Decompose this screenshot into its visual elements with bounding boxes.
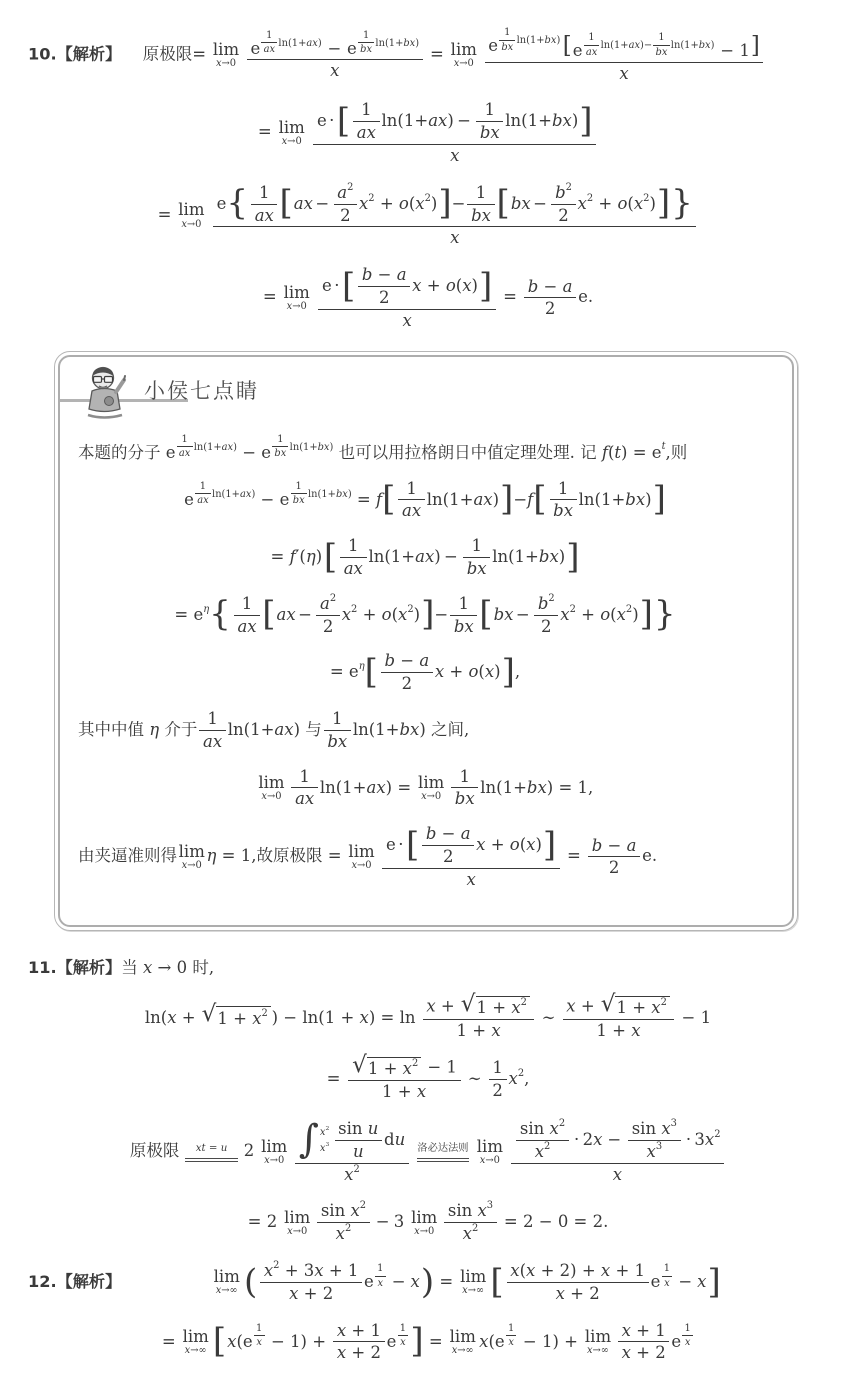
solution-label: 12.【解析】 [28,1272,121,1291]
tip-box: 小侯七点睛 本题的分子 e1axln(1+ax) − e1bxln(1+bx) … [54,351,798,931]
equation-row: = limx→0e{1ax[ax−a22x2 + o(x2)]−1bx[bx−b… [28,183,828,248]
problem-12-solution: 12.【解析】limx→∞(x2 + 3x + 1x + 2e1x−x) = l… [28,1261,828,1363]
tip-body: 本题的分子 e1axln(1+ax) − e1bxln(1+bx) 也可以用拉格… [78,434,772,890]
problem-10-solution: 10.【解析】原极限= limx→0e1axln(1+ax)−e1bxln(1+… [28,27,828,331]
equation-row: 原极限xt = u2 limx→0∫x2x3sin uudux2洛必达法则lim… [28,1119,828,1184]
mascot-icon [80,365,130,425]
equation-row: = 2 limx→0sin x2x2−3 limx→0sin x3x2 = 2 … [28,1201,828,1244]
equation-row: = f′(η)[1axln(1+ax)−1bxln(1+bx)] [78,536,772,579]
equation-row: limx→01axln(1+ax) = limx→01bxln(1+bx) = … [78,767,772,810]
solution-label: 11.【解析】 [28,958,121,977]
equation-row: ln(x + √1 + x2) − ln(1 + x) = ln x + √1 … [28,996,828,1041]
text-row: 其中中值 η 介于1axln(1+ax) 与1bxln(1+bx) 之间, [78,709,772,752]
text-row: 10.【解析】原极限= limx→0e1axln(1+ax)−e1bxln(1+… [28,27,828,83]
text-row: 12.【解析】limx→∞(x2 + 3x + 1x + 2e1x−x) = l… [28,1261,828,1304]
solution-label: 10.【解析】 [28,45,121,64]
text-row: 由夹逼准则得limx→0η = 1,故原极限 = limx→0e·[b − a2… [78,824,772,889]
text-row: 本题的分子 e1axln(1+ax) − e1bxln(1+bx) 也可以用拉格… [78,434,772,464]
equation-row: = limx→∞[x(e1x − 1) + x + 1x + 2e1x] = l… [28,1321,828,1364]
tip-title: 小侯七点睛 [144,375,259,405]
equation-row: = eη[b − a2x + o(x)], [78,651,772,694]
equation-row: = limx→0e·[1axln(1+ax)−1bxln(1+bx)]x [28,100,828,165]
tip-box-inner: 小侯七点睛 本题的分子 e1axln(1+ax) − e1bxln(1+bx) … [58,355,794,927]
equation-row: = eη{1ax[ax−a22x2 + o(x2)]−1bx[bx−b22x2 … [78,594,772,637]
problem-11-solution: 11.【解析】当 x → 0 时,ln(x + √1 + x2) − ln(1 … [28,957,828,1244]
page: 10.【解析】原极限= limx→0e1axln(1+ax)−e1bxln(1+… [0,0,854,1390]
equation-row: e1axln(1+ax) − e1bxln(1+bx) = f[1axln(1+… [78,479,772,522]
text-row: 11.【解析】当 x → 0 时, [28,957,828,979]
equation-row: = √1 + x2 − 11 + x ∼ 12x2, [28,1057,828,1102]
tip-header: 小侯七点睛 [78,363,772,419]
equation-row: = limx→0e·[b − a2x + o(x)]x = b − a2e. [28,265,828,330]
